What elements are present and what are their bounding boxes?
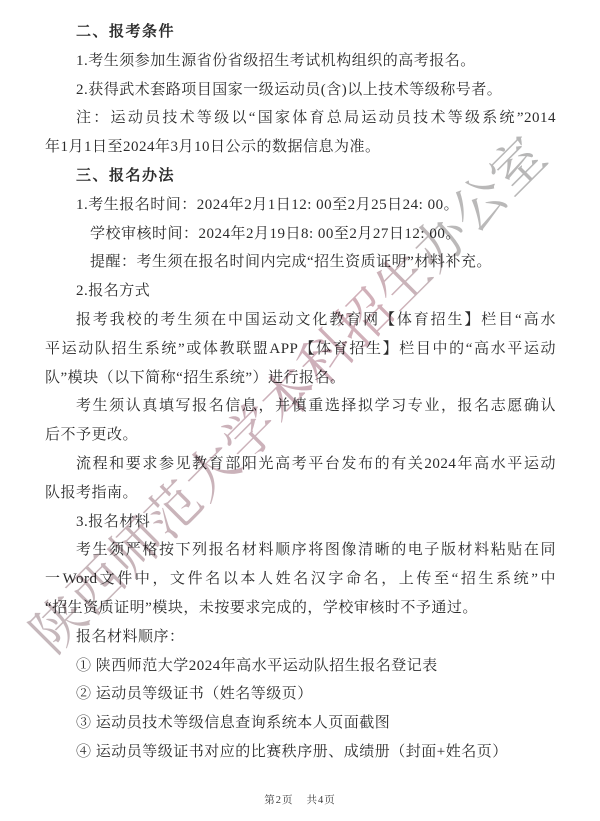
section-heading: 二、报考条件 [45, 18, 556, 47]
text-line: 后不予更改。 [45, 421, 556, 450]
text-line: ① 陕西师范大学2024年高水平运动队招生报名登记表 [45, 652, 556, 681]
text-line: 一Word文件中，文件名以本人姓名汉字命名，上传至“招生系统”中 [45, 565, 556, 594]
document-body: 二、报考条件1.考生须参加生源省份省级招生考试机构组织的高考报名。2.获得武术套… [45, 18, 556, 767]
text-line: 队报考指南。 [45, 479, 556, 508]
text-line: 注：运动员技术等级以“国家体育总局运动员技术等级系统”2014 [45, 104, 556, 133]
total-pages: 共4页 [307, 795, 336, 806]
text-line: 学校审核时间：2024年2月19日8: 00至2月27日12: 00。 [45, 220, 556, 249]
text-line: 年1月1日至2024年3月10日公示的数据信息为准。 [45, 133, 556, 162]
text-line: 报考我校的考生须在中国运动文化教育网【体育招生】栏目“高水 [45, 306, 556, 335]
text-line: 流程和要求参见教育部阳光高考平台发布的有关2024年高水平运动 [45, 450, 556, 479]
text-line: 2.获得武术套路项目国家一级运动员(含)以上技术等级称号者。 [45, 76, 556, 105]
text-line: 考生须严格按下列报名材料顺序将图像清晰的电子版材料粘贴在同 [45, 536, 556, 565]
page-footer: 第2页共4页 [0, 792, 600, 807]
text-line: 1.考生须参加生源省份省级招生考试机构组织的高考报名。 [45, 47, 556, 76]
text-line: “招生资质证明”模块，未按要求完成的，学校审核时不予通过。 [45, 594, 556, 623]
text-line: 提醒：考生须在报名时间内完成“招生资质证明”材料补充。 [45, 248, 556, 277]
text-line: 队”模块（以下简称“招生系统”）进行报名。 [45, 364, 556, 393]
page-number: 第2页 [264, 795, 293, 806]
text-line: 考生须认真填写报名信息，并慎重选择拟学习专业，报名志愿确认 [45, 392, 556, 421]
text-line: 平运动队招生系统”或体教联盟APP【体育招生】栏目中的“高水平运动 [45, 335, 556, 364]
document-page: 陕西师范大学本科招生办公室 二、报考条件1.考生须参加生源省份省级招生考试机构组… [0, 0, 600, 821]
text-line: 1.考生报名时间：2024年2月1日12: 00至2月25日24: 00。 [45, 191, 556, 220]
text-line: ④ 运动员等级证书对应的比赛秩序册、成绩册（封面+姓名页） [45, 738, 556, 767]
text-line: ③ 运动员技术等级信息查询系统本人页面截图 [45, 709, 556, 738]
text-line: 3.报名材料 [45, 508, 556, 537]
text-line: 报名材料顺序： [45, 623, 556, 652]
section-heading: 三、报名办法 [45, 162, 556, 191]
text-line: 2.报名方式 [45, 277, 556, 306]
text-line: ② 运动员等级证书（姓名等级页） [45, 680, 556, 709]
